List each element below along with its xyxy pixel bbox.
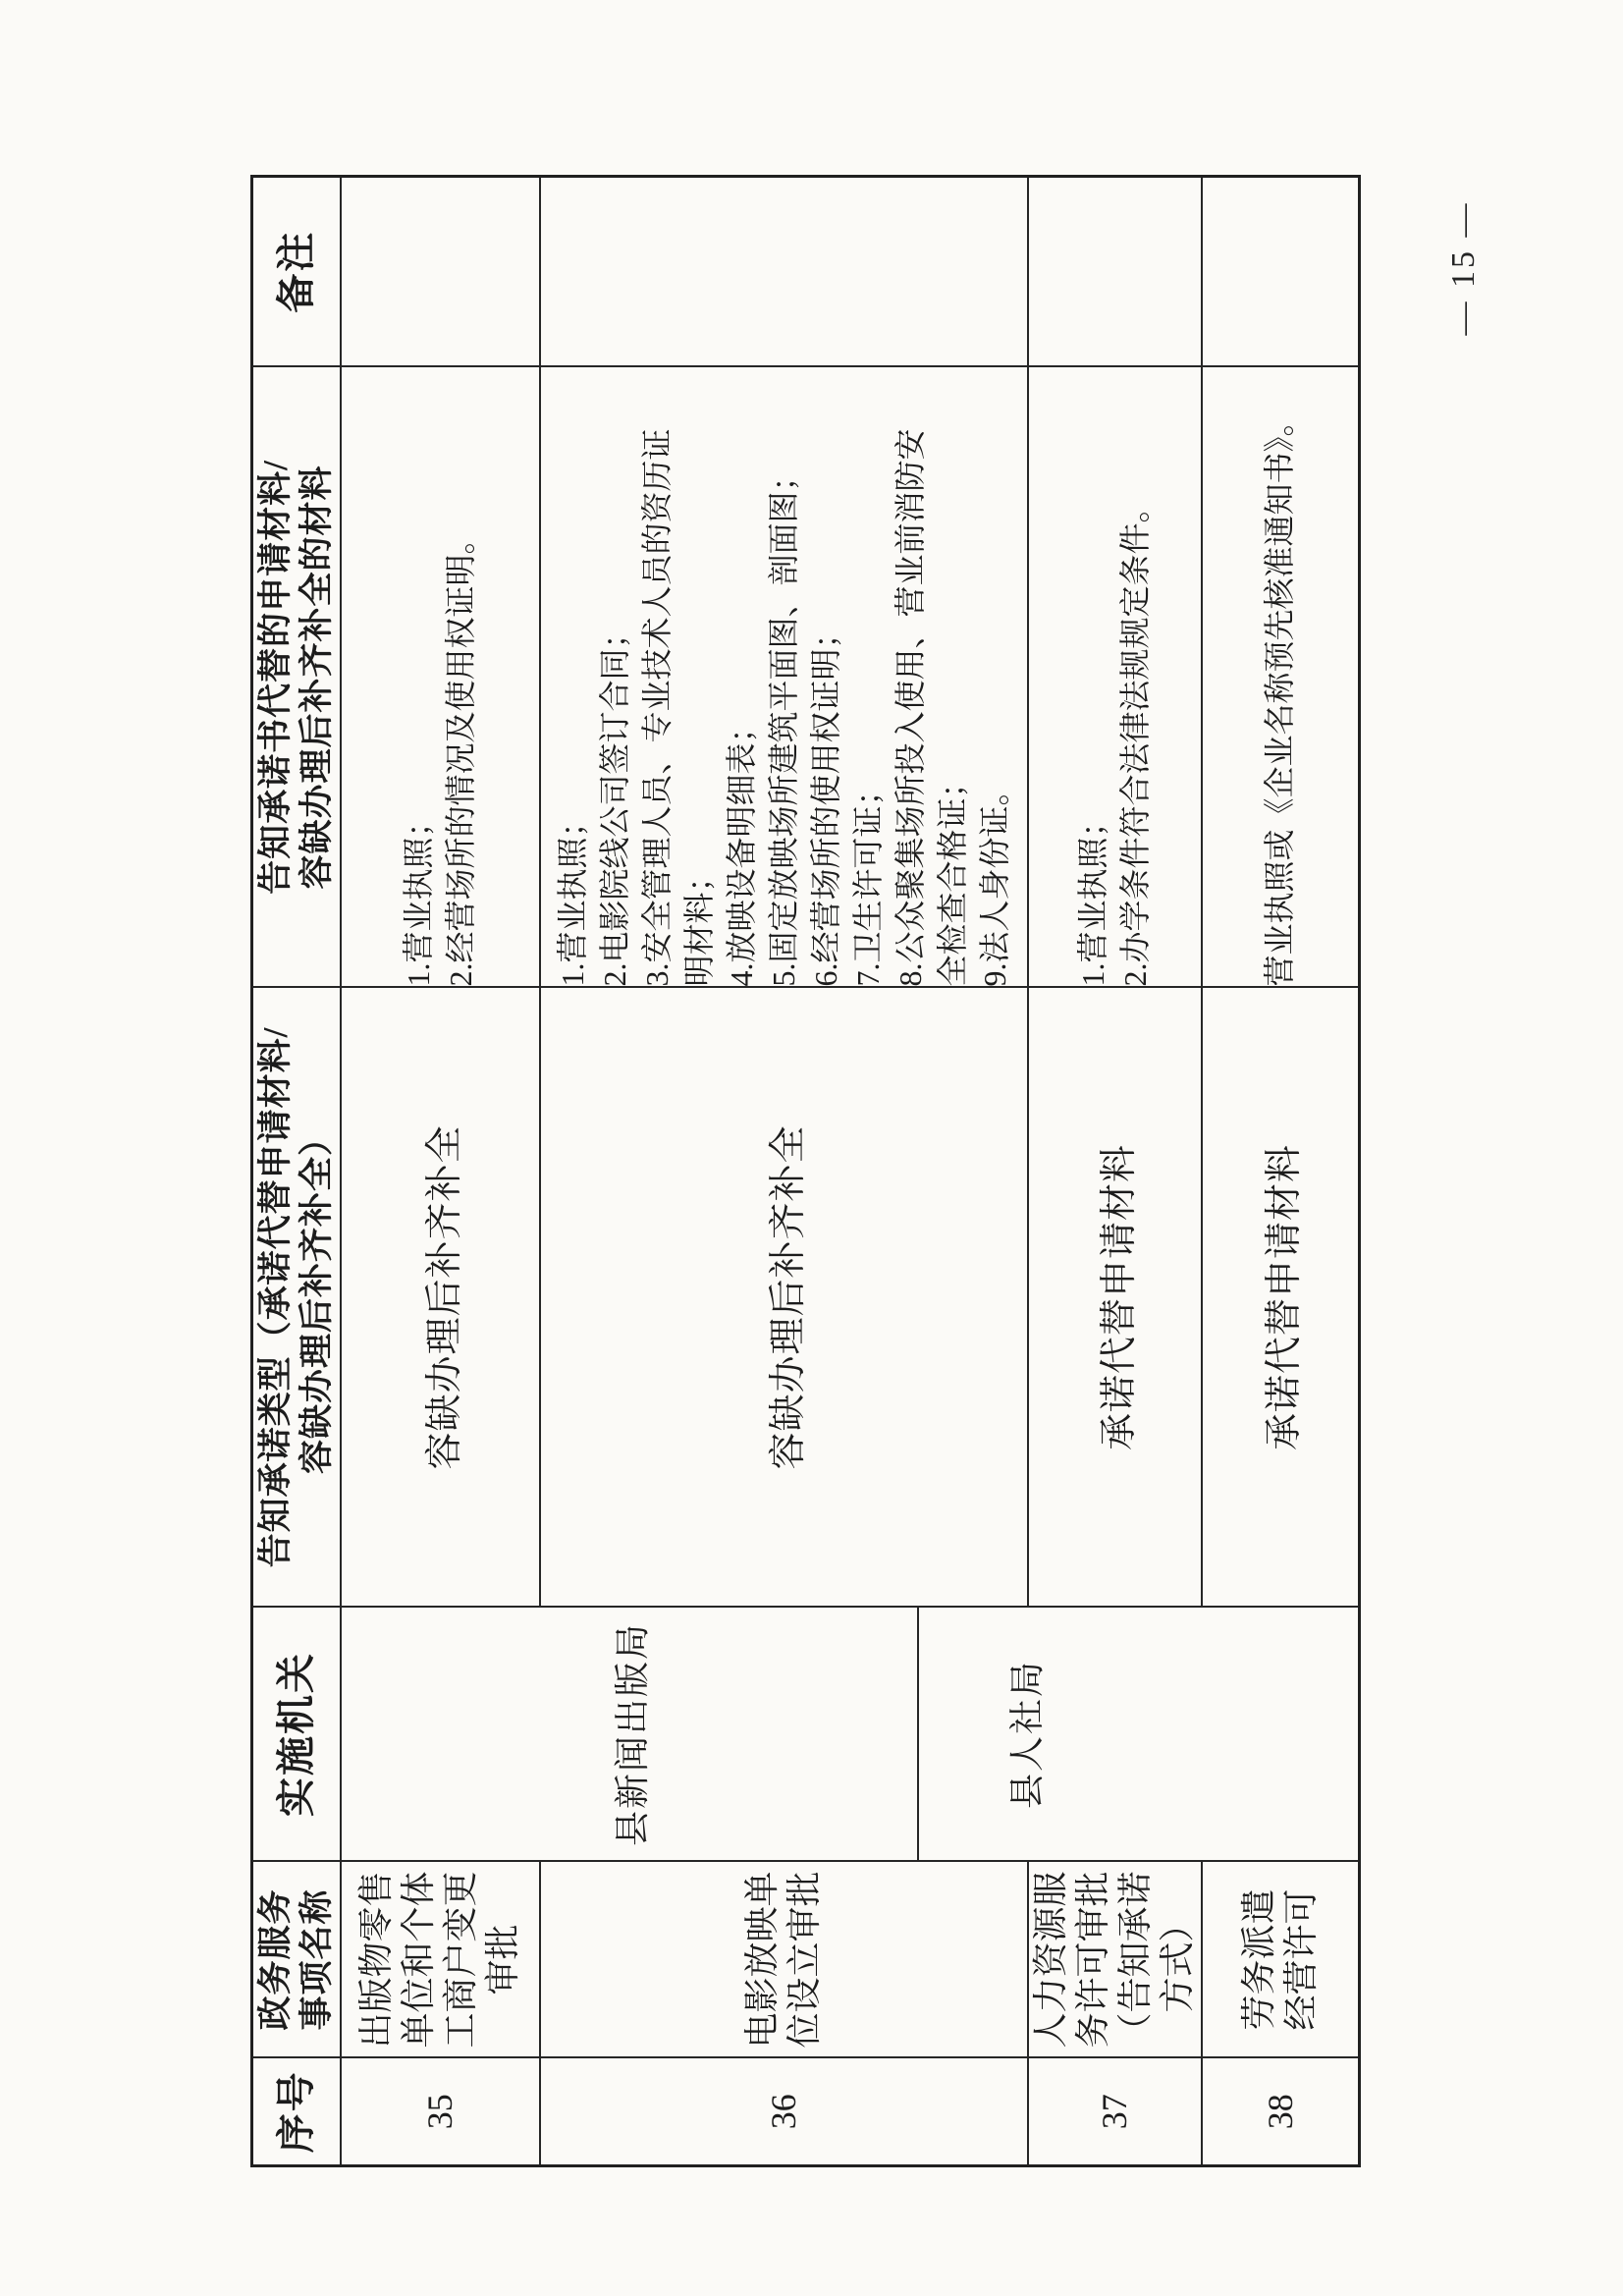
row-35-serial: 35 [341, 2058, 540, 2166]
row-38-materials: 营业执照或《企业名称预先核准通知书》。 [1202, 367, 1360, 988]
row-37-commitment-type: 承诺代替申请材料 [1028, 988, 1202, 1608]
agency-human-resources-bureau: 县人社局 [919, 1609, 1357, 1861]
commitment-items-table: 序号 政务服务 事项名称 实施机关 告知承诺类型（承诺代替申请材料/ 容缺办理后… [250, 175, 1361, 2167]
row-36-serial: 36 [540, 2058, 1028, 2166]
header-materials: 告知承诺书代替的申请材料/ 容缺办理后补齐补全的材料 [252, 367, 341, 988]
header-remark: 备注 [252, 177, 341, 367]
header-commitment-type: 告知承诺类型（承诺代替申请材料/ 容缺办理后补齐补全） [252, 988, 341, 1608]
row-35-service-name: 出版物零售 单位和个体 工商户变更 审批 [341, 1862, 540, 2058]
row-38-commitment-type: 承诺代替申请材料 [1202, 988, 1360, 1608]
row-38-serial: 38 [1202, 2058, 1360, 2166]
row-37-service-name: 人力资源服 务许可审批 （告知承诺 方式） [1028, 1862, 1202, 2058]
header-row: 序号 政务服务 事项名称 实施机关 告知承诺类型（承诺代替申请材料/ 容缺办理后… [252, 177, 341, 2166]
header-service-name: 政务服务 事项名称 [252, 1862, 341, 2058]
header-serial-number: 序号 [252, 2058, 341, 2166]
row-37-remark [1028, 177, 1202, 367]
row-36-materials: 1.营业执照； 2.电影院线公司签订合同； 3.安全管理人员、专业技术人员的资历… [540, 367, 1028, 988]
page-number: — 15 — [1445, 194, 1483, 342]
row-35-materials: 1.营业执照； 2.经营场所的情况及使用权证明。 [341, 367, 540, 988]
table-row-37: 37 人力资源服 务许可审批 （告知承诺 方式） 承诺代替申请材料 1.营业执照… [1028, 177, 1202, 2166]
agency-column-merged-cell: 县新闻出版局 县人社局 [341, 1608, 1360, 1862]
row-35-remark [341, 177, 540, 367]
landscape-sheet: 序号 政务服务 事项名称 实施机关 告知承诺类型（承诺代替申请材料/ 容缺办理后… [0, 0, 1623, 2296]
row-37-serial: 37 [1028, 2058, 1202, 2166]
scanned-document-page: 序号 政务服务 事项名称 实施机关 告知承诺类型（承诺代替申请材料/ 容缺办理后… [0, 0, 1623, 2296]
row-36-commitment-type: 容缺办理后补齐补全 [540, 988, 1028, 1608]
row-38-service-name: 劳务派遣 经营许可 [1202, 1862, 1360, 2058]
table-row-36: 36 电影放映单 位设立审批 容缺办理后补齐补全 1.营业执照； 2.电影院线公… [540, 177, 1028, 2166]
agency-cells-wrap: 县新闻出版局 县人社局 [342, 1609, 1357, 1861]
row-38-remark [1202, 177, 1360, 367]
table-row-38: 38 劳务派遣 经营许可 承诺代替申请材料 营业执照或《企业名称预先核准通知书》… [1202, 177, 1360, 2166]
table-row-35: 35 出版物零售 单位和个体 工商户变更 审批 县新闻出版局 县人社局 容缺办理… [341, 177, 540, 2166]
row-35-commitment-type: 容缺办理后补齐补全 [341, 988, 540, 1608]
row-36-service-name: 电影放映单 位设立审批 [540, 1862, 1028, 2058]
header-agency: 实施机关 [252, 1608, 341, 1862]
row-36-remark [540, 177, 1028, 367]
agency-news-publication-bureau: 县新闻出版局 [342, 1609, 919, 1861]
row-37-materials: 1.营业执照； 2.办学条件符合法律法规规定条件。 [1028, 367, 1202, 988]
